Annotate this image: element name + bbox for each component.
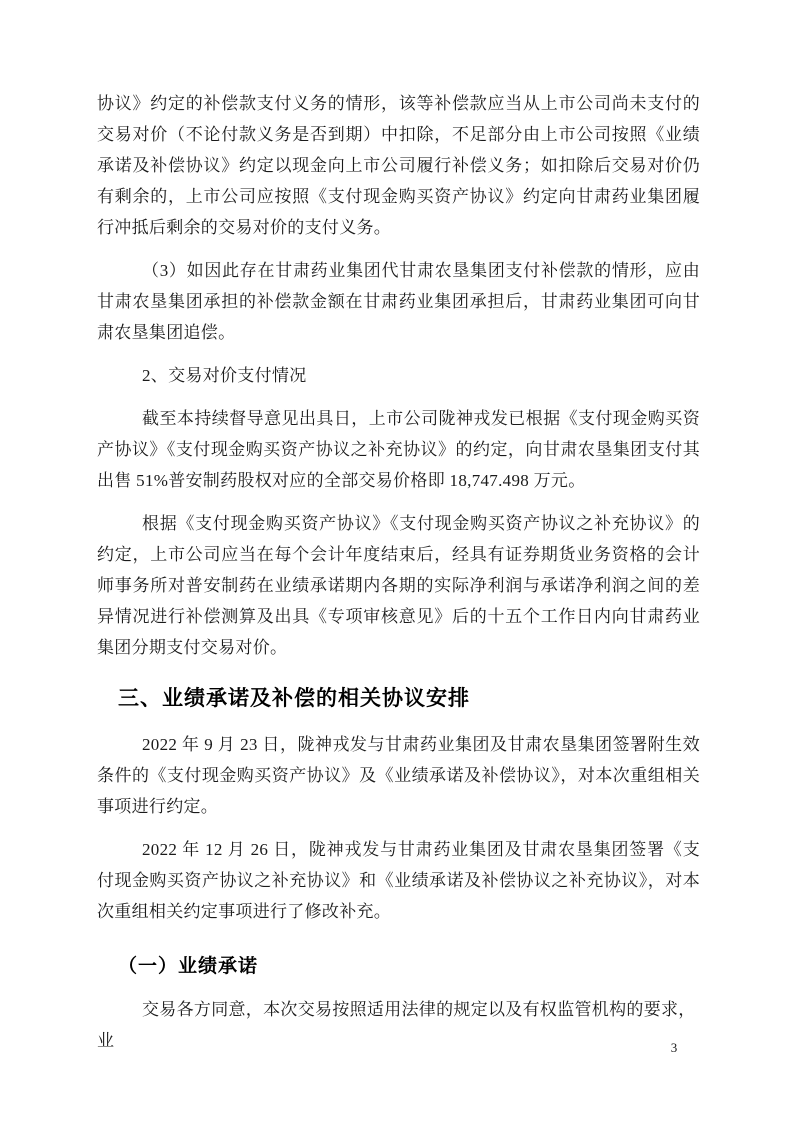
- document-page: 协议》约定的补偿款支付义务的情形，该等补偿款应当从上市公司尚未支付的交易对价（不…: [0, 0, 794, 1122]
- paragraph-agreement-sept: 2022 年 9 月 23 日，陇神戎发与甘肃药业集团及甘肃农垦集团签署附生效条…: [97, 729, 700, 822]
- list-item-heading-payment-status: 2、交易对价支付情况: [97, 360, 700, 391]
- paragraph-commitment-intro: 交易各方同意，本次交易按照适用法律的规定以及有权监管机构的要求，业: [97, 994, 700, 1056]
- paragraph-agreement-dec: 2022 年 12 月 26 日，陇神戎发与甘肃药业集团及甘肃农垦集团签署《支付…: [97, 834, 700, 927]
- paragraph-item-3-recourse: （3）如因此存在甘肃药业集团代甘肃农垦集团支付补偿款的情形，应由甘肃农垦集团承担…: [97, 255, 700, 348]
- paragraph-compensation-obligation: 协议》约定的补偿款支付义务的情形，该等补偿款应当从上市公司尚未支付的交易对价（不…: [97, 88, 700, 243]
- paragraph-payment-completed: 截至本持续督导意见出具日，上市公司陇神戎发已根据《支付现金购买资产协议》《支付现…: [97, 403, 700, 496]
- paragraph-payment-schedule: 根据《支付现金购买资产协议》《支付现金购买资产协议之补充协议》的约定，上市公司应…: [97, 508, 700, 663]
- page-content: 协议》约定的补偿款支付义务的情形，该等补偿款应当从上市公司尚未支付的交易对价（不…: [97, 88, 700, 1068]
- page-number: 3: [664, 1040, 684, 1056]
- section-heading-agreements: 三、业绩承诺及补偿的相关协议安排: [118, 683, 700, 714]
- subsection-heading-performance-commitment: （一）业绩承诺: [118, 951, 700, 982]
